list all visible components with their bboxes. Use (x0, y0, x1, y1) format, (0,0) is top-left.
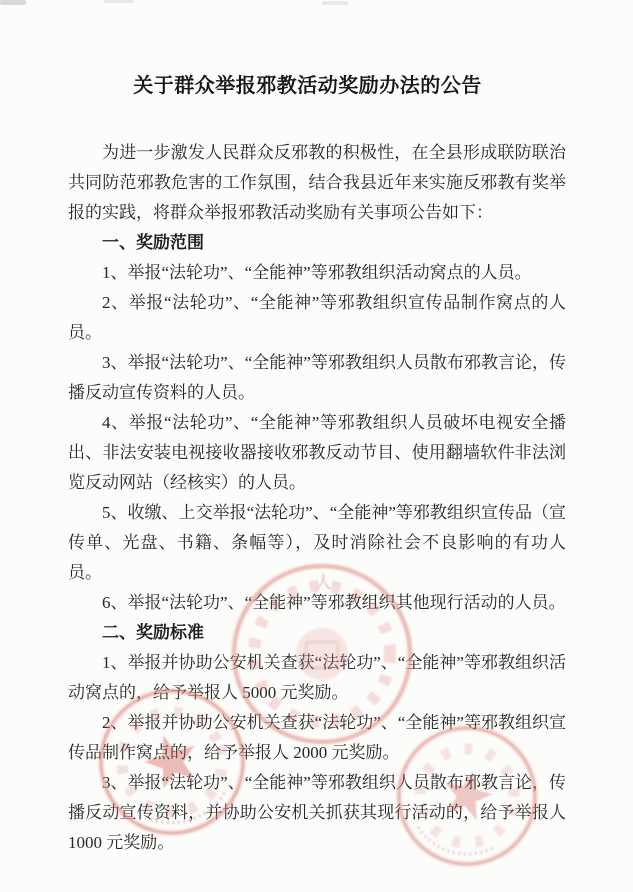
section-1-item-6: 6、举报“法轮功”、“全能神”等邪教组织其他现行活动的人员。 (68, 588, 566, 618)
section-1-heading: 一、奖励范围 (68, 228, 566, 258)
section-2-item-3: 3、举报“法轮功”、“全能神”等邪教组织人员散布邪教言论，传播反动宣传资料，并协… (68, 768, 566, 858)
section-2-item-1: 1、举报并协助公安机关查获“法轮功”、“全能神”等邪教组织活动窝点的，给予举报人… (68, 648, 566, 708)
section-2-item-2: 2、举报并协助公安机关查获“法轮功”、“全能神”等邪教组织宣传品制作窝点的，给予… (68, 708, 566, 768)
document-body: 为进一步激发人民群众反邪教的积极性，在全县形成联防联治共同防范邪教危害的工作氛围… (68, 138, 566, 858)
intro-paragraph: 为进一步激发人民群众反邪教的积极性，在全县形成联防联治共同防范邪教危害的工作氛围… (68, 138, 566, 228)
section-2-heading: 二、奖励标准 (68, 618, 566, 648)
section-1-item-5: 5、收缴、上交举报“法轮功”、“全能神”等邪教组织宣传品（宣传单、光盘、书籍、条… (68, 498, 566, 588)
page-title: 关于群众举报邪教活动奖励办法的公告 (0, 0, 624, 100)
section-1-item-1: 1、举报“法轮功”、“全能神”等邪教组织活动窝点的人员。 (68, 258, 566, 288)
scanned-notice-page: 关于群众举报邪教活动奖励办法的公告 为进一步激发人民群众反邪教的积极性，在全县形… (0, 0, 633, 892)
section-1-item-2: 2、举报“法轮功”、“全能神”等邪教组织宣传品制作窝点的人员。 (68, 288, 566, 348)
section-1-item-4: 4、举报“法轮功”、“全能神”等邪教组织人员破坏电视安全播出、非法安装电视接收器… (68, 408, 566, 498)
section-1-item-3: 3、举报“法轮功”、“全能神”等邪教组织人员散布邪教言论，传播反动宣传资料的人员… (68, 348, 566, 408)
